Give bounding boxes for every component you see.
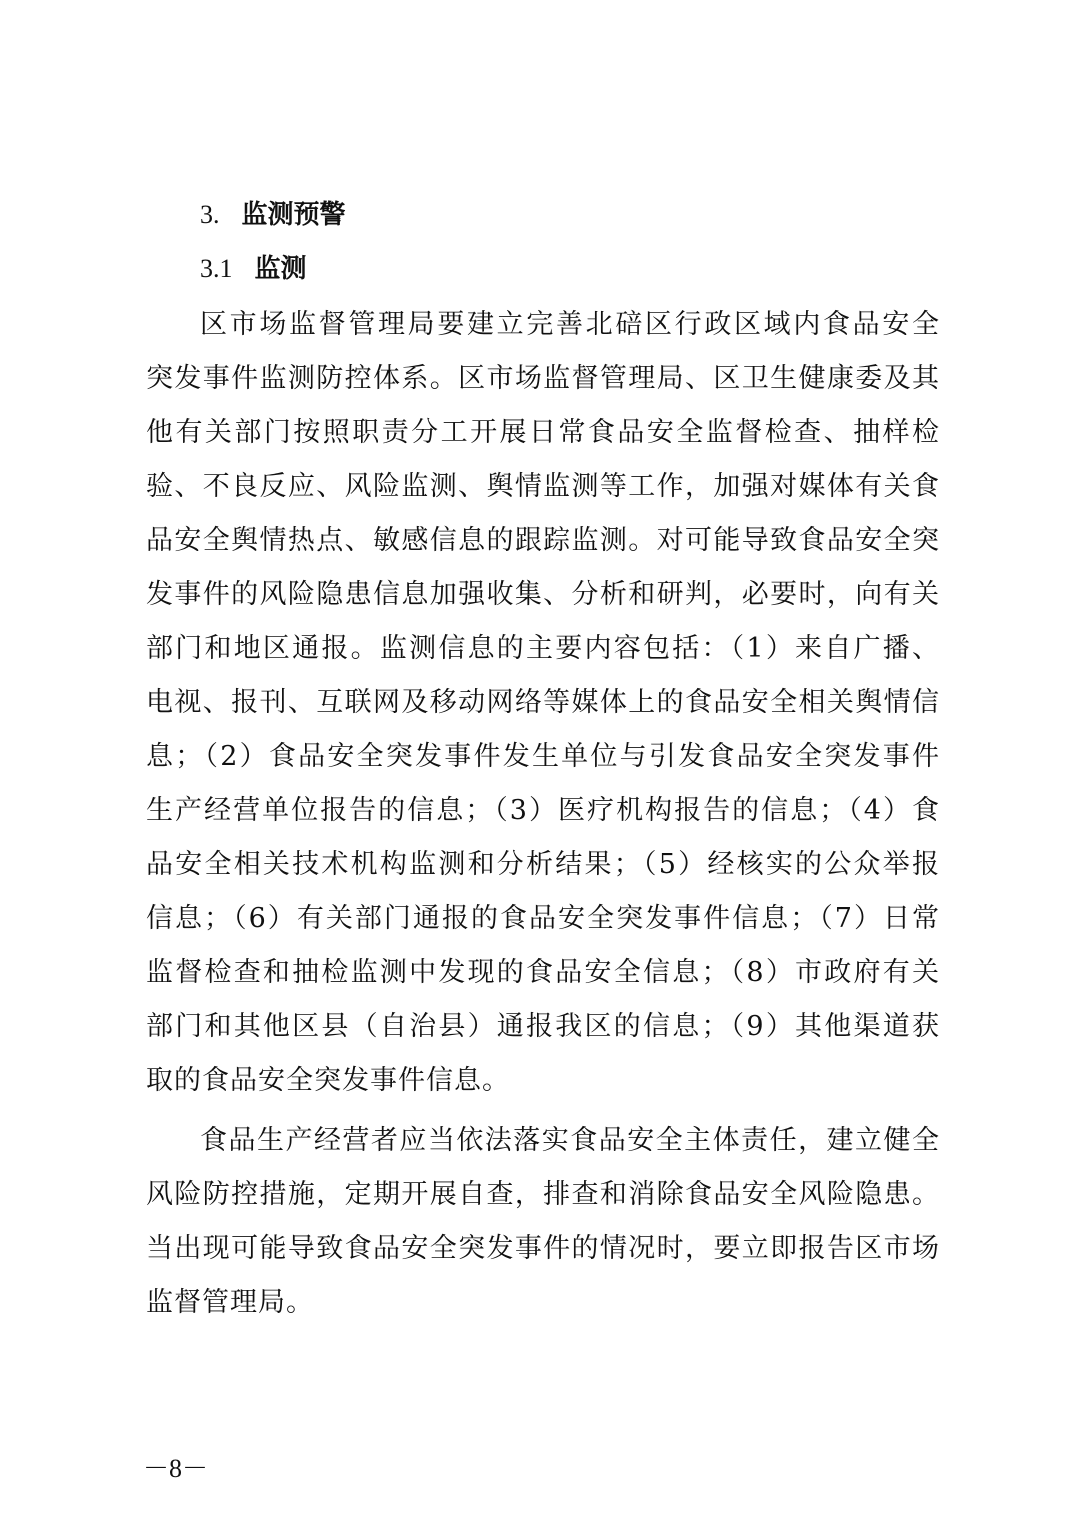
subsection-heading: 3.1监测 bbox=[200, 248, 307, 285]
paragraph-line: 发事件的风险隐患信息加强收集、分析和研判，必要时，向有关 bbox=[146, 572, 940, 611]
paragraph-line: 取的食品安全突发事件信息。 bbox=[146, 1058, 940, 1097]
paragraph-line: 监督检查和抽检监测中发现的食品安全信息；（8）市政府有关 bbox=[146, 950, 940, 989]
section-number: 3. bbox=[200, 200, 220, 229]
paragraph-line: 风险防控措施，定期开展自查，排查和消除食品安全风险隐患。 bbox=[146, 1172, 940, 1211]
document-page: 3.监测预警 3.1监测 区市场监督管理局要建立完善北碚区行政区域内食品安全 突… bbox=[0, 0, 1074, 1520]
paragraph-line: 食品生产经营者应当依法落实食品安全主体责任，建立健全 bbox=[200, 1118, 940, 1157]
paragraph-line: 监督管理局。 bbox=[146, 1280, 940, 1319]
paragraph-line: 电视、报刊、互联网及移动网络等媒体上的食品安全相关舆情信 bbox=[146, 680, 940, 719]
paragraph-line: 突发事件监测防控体系。区市场监督管理局、区卫生健康委及其 bbox=[146, 356, 940, 395]
paragraph-line: 信息；（6）有关部门通报的食品安全突发事件信息；（7）日常 bbox=[146, 896, 940, 935]
subsection-number: 3.1 bbox=[200, 254, 233, 283]
paragraph-line: 生产经营单位报告的信息；（3）医疗机构报告的信息；（4）食 bbox=[146, 788, 940, 827]
paragraph-line: 品安全舆情热点、敏感信息的跟踪监测。对可能导致食品安全突 bbox=[146, 518, 940, 557]
paragraph-line: 验、不良反应、风险监测、舆情监测等工作，加强对媒体有关食 bbox=[146, 464, 940, 503]
paragraph-line: 部门和其他区县（自治县）通报我区的信息；（9）其他渠道获 bbox=[146, 1004, 940, 1043]
paragraph-line: 区市场监督管理局要建立完善北碚区行政区域内食品安全 bbox=[200, 302, 940, 341]
section-title: 监测预警 bbox=[242, 200, 346, 230]
section-heading: 3.监测预警 bbox=[200, 194, 346, 231]
paragraph-line: 品安全相关技术机构监测和分析结果；（5）经核实的公众举报 bbox=[146, 842, 940, 881]
paragraph-line: 当出现可能导致食品安全突发事件的情况时，要立即报告区市场 bbox=[146, 1226, 940, 1265]
page-number: －8－ bbox=[143, 1448, 208, 1485]
subsection-title: 监测 bbox=[255, 254, 307, 284]
paragraph-line: 他有关部门按照职责分工开展日常食品安全监督检查、抽样检 bbox=[146, 410, 940, 449]
paragraph-line: 部门和地区通报。监测信息的主要内容包括：（1）来自广播、 bbox=[146, 626, 940, 665]
paragraph-line: 息；（2）食品安全突发事件发生单位与引发食品安全突发事件 bbox=[146, 734, 940, 773]
